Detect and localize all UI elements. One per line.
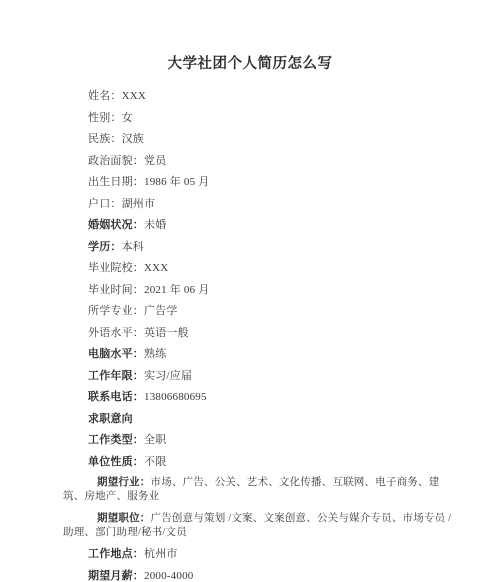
field-value: 本科 — [122, 241, 144, 253]
resume-field-line: 政治面貌：党员 — [63, 154, 448, 168]
resume-field-line: 单位性质：不限 — [63, 455, 448, 469]
document-title: 大学社团个人简历怎么写 — [52, 52, 448, 73]
field-value: 湖州市 — [122, 198, 156, 210]
resume-field-line: 毕业院校：XXX — [63, 261, 448, 275]
field-list: 姓名：XXX 性别：女 民族：汉族 政治面貌：党员 出生日期：1986 年 05… — [63, 89, 448, 582]
resume-field-line: 性别：女 — [63, 111, 448, 125]
field-label: 出生日期： — [88, 176, 144, 188]
resume-field-line: 民族：汉族 — [63, 132, 448, 146]
field-label: 毕业院校： — [88, 262, 144, 274]
field-value: XXX — [144, 262, 168, 274]
field-label: 所学专业： — [88, 305, 144, 317]
field-value: 不限 — [144, 456, 166, 468]
field-label: 工作类型： — [88, 434, 144, 446]
resume-field-line: 户口：湖州市 — [63, 197, 448, 211]
field-label: 电脑水平： — [88, 348, 144, 360]
resume-field-line: 期望行业：市场、广告、公关、艺术、文化传播、互联网、电子商务、建筑、房地产、服务… — [63, 476, 458, 504]
field-value: XXX — [122, 90, 146, 102]
resume-field-line: 期望职位：广告创意与策划 /文案、文案创意、公关与媒介专员、市场专员 /助理、部… — [63, 512, 458, 540]
field-value: 党员 — [144, 155, 166, 167]
field-label: 期望月薪： — [88, 570, 144, 582]
resume-field-line: 联系电话：13806680695 — [63, 390, 448, 404]
field-label: 毕业时间： — [88, 284, 144, 296]
field-value: 全职 — [144, 434, 166, 446]
resume-field-line: 毕业时间：2021 年 06 月 — [63, 283, 448, 297]
resume-field-line: 工作类型：全职 — [63, 433, 448, 447]
resume-field-line: 期望月薪：2000-4000 — [63, 569, 448, 582]
resume-field-line: 求职意向 — [63, 412, 448, 426]
field-value: 英语一般 — [144, 327, 189, 339]
field-label: 工作年限： — [88, 370, 144, 382]
field-label: 单位性质： — [88, 456, 144, 468]
resume-field-line: 电脑水平：熟练 — [63, 347, 448, 361]
field-label: 姓名： — [88, 90, 122, 102]
resume-field-line: 婚姻状况：未婚 — [63, 218, 448, 232]
field-value: 1986 年 05 月 — [144, 176, 209, 188]
field-label: 工作地点： — [88, 548, 144, 560]
field-label: 政治面貌： — [88, 155, 144, 167]
field-value: 2000-4000 — [144, 570, 193, 582]
field-label: 期望职位： — [97, 513, 151, 524]
resume-field-line: 工作年限：实习/应届 — [63, 369, 448, 383]
field-label: 性别： — [88, 112, 122, 124]
field-label: 户口： — [88, 198, 122, 210]
resume-field-line: 工作地点：杭州市 — [63, 547, 448, 561]
field-label: 联系电话： — [88, 391, 144, 403]
field-value: 广告学 — [144, 305, 178, 317]
field-value: 未婚 — [144, 219, 166, 231]
field-value: 2021 年 06 月 — [144, 284, 209, 296]
field-label: 民族： — [88, 133, 122, 145]
field-label: 求职意向 — [88, 413, 133, 425]
resume-field-line: 外语水平：英语一般 — [63, 326, 448, 340]
field-value: 实习/应届 — [144, 370, 192, 382]
field-value: 13806680695 — [144, 391, 207, 403]
field-value: 汉族 — [122, 133, 144, 145]
field-label: 外语水平： — [88, 327, 144, 339]
resume-field-line: 所学专业：广告学 — [63, 304, 448, 318]
field-value: 熟练 — [144, 348, 166, 360]
field-label: 学历： — [88, 241, 122, 253]
resume-field-line: 姓名：XXX — [63, 89, 448, 103]
resume-field-line: 出生日期：1986 年 05 月 — [63, 175, 448, 189]
field-label: 婚姻状况： — [88, 219, 144, 231]
field-value: 女 — [122, 112, 133, 124]
field-label: 期望行业： — [97, 477, 151, 488]
document-page: 大学社团个人简历怎么写 姓名：XXX 性别：女 民族：汉族 政治面貌：党员 出生… — [0, 0, 500, 582]
field-value: 杭州市 — [144, 548, 178, 560]
resume-field-line: 学历：本科 — [63, 240, 448, 254]
